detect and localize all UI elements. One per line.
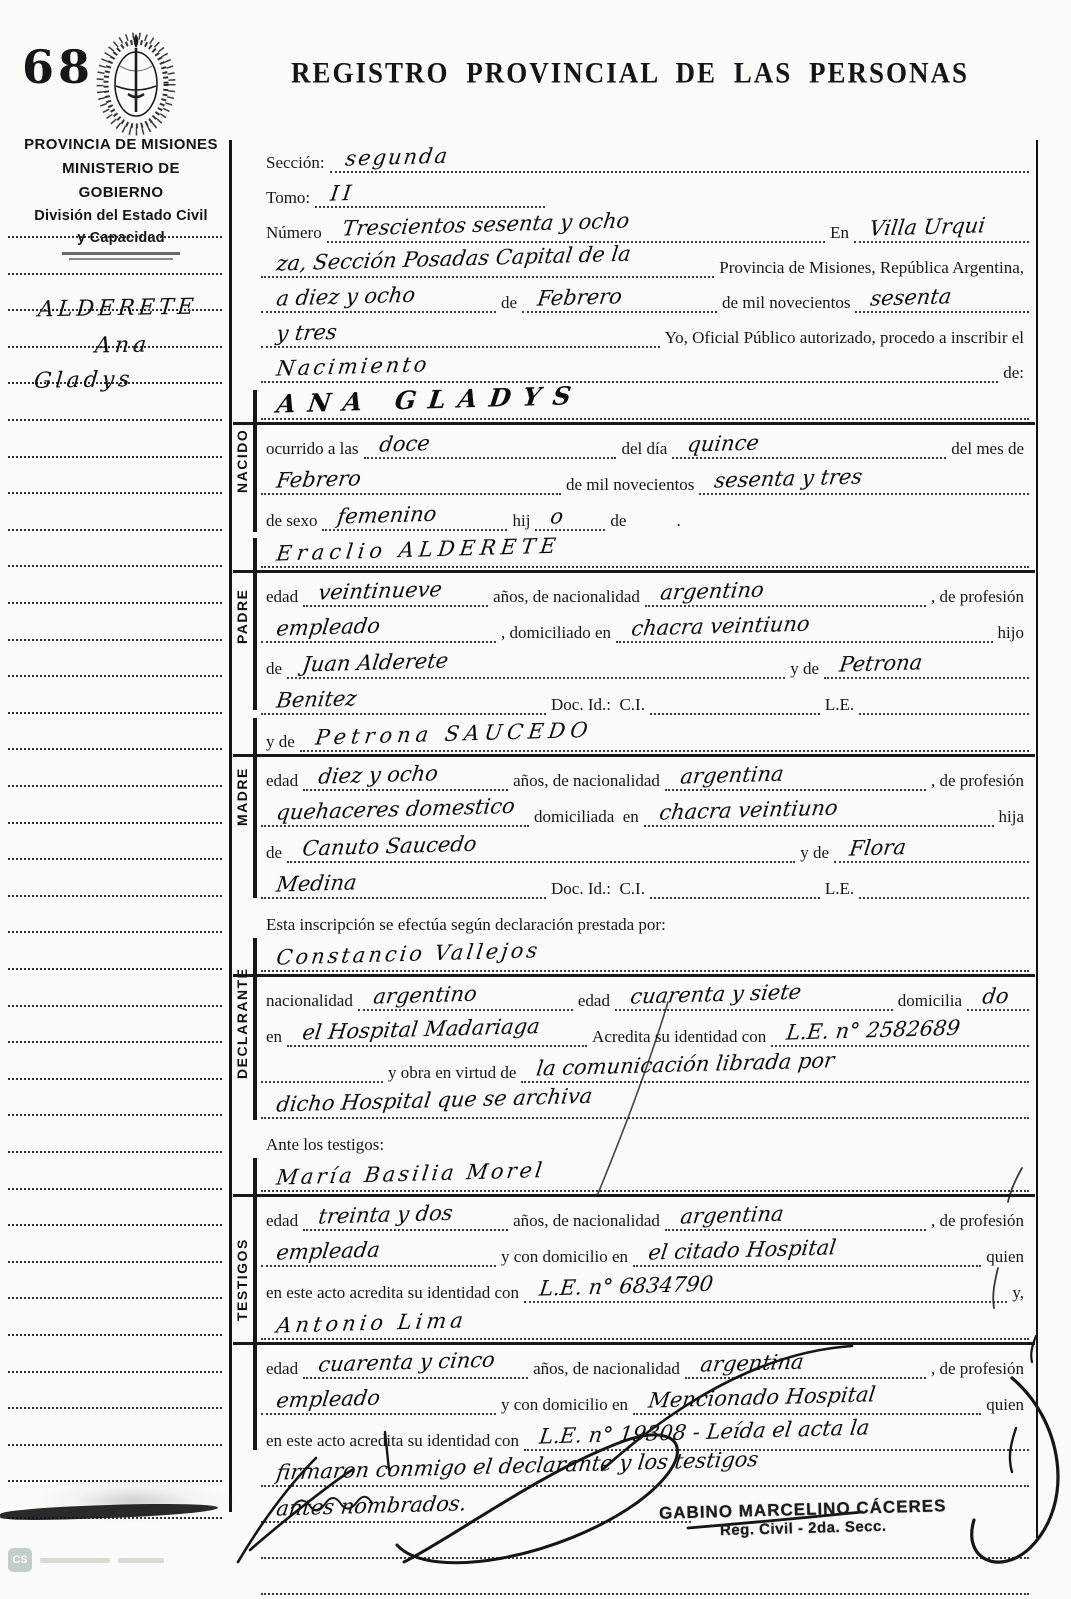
handwritten-field: el Hospital Madariaga bbox=[287, 1011, 587, 1047]
printed-label: edad bbox=[261, 772, 303, 791]
handwritten-value: Canuto Saucedo bbox=[287, 834, 488, 861]
handwritten-value: L.E. n° 2582689 bbox=[771, 1018, 971, 1045]
form-row: firmaron conmigo el declarante y los tes… bbox=[233, 1453, 1035, 1489]
argentina-coat-of-arms bbox=[90, 32, 182, 136]
printed-label: Provincia de Misiones, República Argenti… bbox=[714, 259, 1029, 278]
handwritten-field: za, Sección Posadas Capital de la bbox=[261, 243, 714, 278]
form-row: y tresYo, Oficial Público autorizado, pr… bbox=[233, 315, 1035, 350]
handwritten-field: Eraclio ALDERETE bbox=[261, 531, 1029, 568]
handwritten-field: cuarenta y cinco bbox=[303, 1343, 528, 1379]
form-row: deCanuto Saucedoy deFlora bbox=[233, 829, 1035, 865]
printed-label: de mil novecientos bbox=[561, 476, 699, 495]
spacer bbox=[631, 497, 671, 531]
margin-ruled-line bbox=[8, 419, 222, 421]
section-bar-padre bbox=[253, 538, 257, 710]
margin-ruled-line bbox=[8, 1005, 222, 1007]
margin-ruled-line bbox=[8, 1041, 222, 1043]
handwritten-value: o bbox=[535, 507, 574, 529]
dotted-line bbox=[859, 679, 1029, 715]
watermark-text-illegible bbox=[40, 1558, 110, 1563]
handwritten-field: el citado Hospital bbox=[633, 1231, 981, 1267]
printed-label: años, de nacionalidad bbox=[508, 772, 665, 791]
handwritten-field: Febrero bbox=[522, 278, 717, 313]
margin-ruled-line bbox=[8, 1261, 222, 1263]
spacer bbox=[389, 1121, 1029, 1155]
handwritten-field: argentina bbox=[685, 1343, 926, 1379]
handwritten-value: Nacimiento bbox=[261, 355, 441, 381]
margin-first-name: Ana bbox=[94, 332, 151, 358]
handwritten-value: antes nombrados. bbox=[261, 1494, 478, 1521]
printed-label: quien bbox=[981, 1396, 1029, 1415]
handwritten-field: María Basilia Morel bbox=[261, 1155, 1029, 1192]
handwritten-value: Villa Urqui bbox=[854, 216, 996, 241]
handwritten-value: Petrona bbox=[824, 653, 933, 677]
handwritten-value: Constancio Vallejos bbox=[261, 941, 551, 970]
handwritten-field: L.E. n° 2582689 bbox=[771, 1011, 1029, 1047]
handwritten-value: diez y ocho bbox=[303, 764, 449, 789]
handwritten-value: cuarenta y cinco bbox=[303, 1350, 506, 1377]
form-row: NúmeroTrescientos sesenta y ochoEnVilla … bbox=[233, 210, 1035, 245]
printed-label: Número bbox=[261, 224, 327, 243]
form-row: en este acto acredita su identidad conL.… bbox=[233, 1417, 1035, 1453]
form-row: empleadoy con domicilio enMencionado Hos… bbox=[233, 1381, 1035, 1417]
margin-ruled-line bbox=[8, 492, 222, 494]
printed-label: Esta inscripción se efectúa según declar… bbox=[261, 916, 671, 935]
printed-label: edad bbox=[261, 588, 303, 607]
printed-label: Doc. Id.: C.I. bbox=[546, 696, 650, 715]
handwritten-field: Benitez bbox=[261, 679, 546, 715]
section-bar-testigos bbox=[253, 1158, 257, 1450]
form-row: Sección:segunda bbox=[233, 140, 1035, 175]
handwritten-value: ANA GLADYS bbox=[261, 384, 594, 418]
handwritten-value: Mencionado Hospital bbox=[633, 1385, 887, 1413]
form-row: Eraclio ALDERETE bbox=[233, 533, 1035, 573]
printed-label: quien bbox=[981, 1248, 1029, 1267]
handwritten-value: chacra veintiuno bbox=[644, 798, 849, 825]
handwritten-field: argentino bbox=[645, 571, 926, 607]
handwritten-value: L.E. n° 6834790 bbox=[524, 1274, 724, 1301]
page-number: 68 bbox=[22, 40, 94, 94]
handwritten-value: Febrero bbox=[522, 287, 633, 311]
margin-second-name: Gladys bbox=[33, 367, 135, 394]
form-row: de sexofemeninohijode. bbox=[233, 497, 1035, 533]
margin-ruled-line bbox=[8, 785, 222, 787]
section-bar-madre bbox=[253, 718, 257, 898]
form-row: ocurrido a lasdocedel díaquincedel mes d… bbox=[233, 425, 1035, 461]
handwritten-field: argentino bbox=[358, 975, 573, 1011]
margin-ruled-line bbox=[8, 1151, 222, 1153]
handwritten-field: doce bbox=[364, 423, 617, 459]
printed-label: En bbox=[825, 224, 854, 243]
handwritten-value: a diez y ocho bbox=[261, 285, 426, 311]
handwritten-field: empleado bbox=[261, 1379, 496, 1415]
form-row bbox=[233, 1561, 1035, 1597]
handwritten-field: Petrona bbox=[824, 643, 1029, 679]
form-row: BenitezDoc. Id.: C.I.L.E. bbox=[233, 681, 1035, 717]
margin-ruled-line bbox=[8, 1444, 222, 1446]
printed-label: hija bbox=[994, 808, 1030, 827]
form-row: edadveintinueveaños, de nacionalidadarge… bbox=[233, 573, 1035, 609]
handwritten-value: sesenta y tres bbox=[699, 467, 873, 493]
margin-ruled-line bbox=[8, 456, 222, 458]
form-row: edadtreinta y dosaños, de nacionalidadar… bbox=[233, 1197, 1035, 1233]
printed-label: de sexo bbox=[261, 512, 322, 531]
printed-label: Doc. Id.: C.I. bbox=[546, 880, 650, 899]
handwritten-value: argentino bbox=[645, 580, 775, 605]
form-row: en este acto acredita su identidad conL.… bbox=[233, 1269, 1035, 1305]
printed-label: . bbox=[671, 512, 685, 531]
fine-print-line bbox=[62, 252, 180, 255]
printed-label: edad bbox=[261, 1212, 303, 1231]
handwritten-value: el citado Hospital bbox=[633, 1238, 847, 1265]
handwritten-field: L.E. n° 6834790 bbox=[524, 1267, 1007, 1303]
margin-ruled-line bbox=[8, 602, 222, 604]
printed-label: de mil novecientos bbox=[717, 294, 855, 313]
form-row: Nacimientode: bbox=[233, 350, 1035, 385]
dotted-line bbox=[261, 1559, 1029, 1595]
margin-ruled-line bbox=[8, 1188, 222, 1190]
handwritten-field: quehaceres domestico bbox=[261, 791, 529, 827]
form-row: quehaceres domesticodomiciliada enchacra… bbox=[233, 793, 1035, 829]
form-row: enel Hospital MadariagaAcredita su ident… bbox=[233, 1013, 1035, 1049]
handwritten-field: ANA GLADYS bbox=[261, 383, 1029, 420]
margin-ruled-line bbox=[8, 1297, 222, 1299]
form-row: empleaday con domicilio enel citado Hosp… bbox=[233, 1233, 1035, 1269]
printed-label: , de profesión bbox=[926, 1212, 1029, 1231]
printed-label: en bbox=[261, 1028, 287, 1047]
handwritten-field: Juan Alderete bbox=[287, 643, 785, 679]
spacer bbox=[545, 175, 1029, 208]
handwritten-field: diez y ocho bbox=[303, 755, 508, 791]
handwritten-field: Antonio Lima bbox=[261, 1303, 1029, 1340]
printed-label: , domiciliado en bbox=[496, 624, 616, 643]
scanner-watermark-badge: CS bbox=[8, 1548, 32, 1572]
handwritten-value: za, Sección Posadas Capital de la bbox=[261, 244, 642, 276]
handwritten-value: Benitez bbox=[261, 689, 368, 713]
handwritten-field: dicho Hospital que se archiva bbox=[261, 1083, 1029, 1119]
handwritten-field: o bbox=[535, 495, 605, 531]
form-row: Antonio Lima bbox=[233, 1305, 1035, 1345]
handwritten-field: do bbox=[967, 975, 1029, 1011]
section-label-testigos: TESTIGOS bbox=[231, 1190, 253, 1370]
handwritten-field: Febrero bbox=[261, 459, 561, 495]
printed-label: años, de nacionalidad bbox=[508, 1212, 665, 1231]
form-row: y dePetrona SAUCEDO bbox=[233, 717, 1035, 757]
dotted-line bbox=[650, 679, 820, 715]
handwritten-field: chacra veintiuno bbox=[616, 607, 993, 643]
handwritten-field: quince bbox=[672, 423, 946, 459]
handwritten-field: Medina bbox=[261, 863, 546, 899]
handwritten-value: Medina bbox=[261, 873, 368, 897]
handwritten-value: empleado bbox=[261, 616, 391, 641]
ministry-line-3: División del Estado Civil bbox=[18, 205, 224, 227]
margin-ruled-line bbox=[8, 529, 222, 531]
printed-label: edad bbox=[573, 992, 615, 1011]
printed-label: de: bbox=[998, 364, 1029, 383]
printed-label: de bbox=[605, 512, 631, 531]
form-row: edadcuarenta y cincoaños, de nacionalida… bbox=[233, 1345, 1035, 1381]
handwritten-field: firmaron conmigo el declarante y los tes… bbox=[261, 1451, 1029, 1487]
handwritten-field: cuarenta y siete bbox=[615, 975, 893, 1011]
form-row: edaddiez y ochoaños, de nacionalidadarge… bbox=[233, 757, 1035, 793]
printed-label: , de profesión bbox=[926, 1360, 1029, 1379]
margin-ruled-line bbox=[8, 1334, 222, 1336]
section-label-declarante: DECLARANTE bbox=[231, 938, 253, 1108]
printed-label: Ante los testigos: bbox=[261, 1136, 389, 1155]
form-row: Constancio Vallejos bbox=[233, 937, 1035, 977]
printed-label: y de bbox=[785, 660, 824, 679]
printed-label: del mes de bbox=[946, 440, 1029, 459]
margin-ruled-line bbox=[8, 895, 222, 897]
form-row: dicho Hospital que se archiva bbox=[233, 1085, 1035, 1121]
printed-label: domicilia bbox=[893, 992, 967, 1011]
printed-label: y de bbox=[795, 844, 834, 863]
document-title: REGISTRO PROVINCIAL DE LAS PERSONAS bbox=[250, 57, 1010, 90]
form-row: Esta inscripción se efectúa según declar… bbox=[233, 901, 1035, 937]
handwritten-value: doce bbox=[364, 434, 441, 457]
handwritten-field: sesenta y tres bbox=[699, 459, 1029, 495]
margin-ruled-line bbox=[8, 565, 222, 567]
printed-label: Tomo: bbox=[261, 189, 315, 208]
printed-label: de bbox=[261, 844, 287, 863]
handwritten-value: Trescientos sesenta y ocho bbox=[327, 211, 641, 241]
margin-ruled-line bbox=[8, 931, 222, 933]
handwritten-field: treinta y dos bbox=[303, 1195, 508, 1231]
fine-print-line bbox=[69, 258, 173, 260]
printed-label: en este acto acredita su identidad con bbox=[261, 1432, 524, 1451]
handwritten-value: firmaron conmigo el declarante y los tes… bbox=[261, 1450, 770, 1485]
dotted-line bbox=[859, 863, 1029, 899]
printed-label: años, de nacionalidad bbox=[528, 1360, 685, 1379]
margin-ruled-line bbox=[8, 712, 222, 714]
printed-label: L.E. bbox=[820, 880, 859, 899]
handwritten-value: y tres bbox=[261, 323, 348, 346]
handwritten-value: la comunicación librada por bbox=[521, 1051, 845, 1081]
handwritten-field: Villa Urqui bbox=[854, 208, 1029, 243]
ministry-line-4: y Capacidad bbox=[18, 227, 224, 249]
form-row: y obra en virtud dela comunicación libra… bbox=[233, 1049, 1035, 1085]
handwritten-field: Petrona SAUCEDO bbox=[300, 715, 1029, 752]
printed-label: edad bbox=[261, 1360, 303, 1379]
printed-label: nacionalidad bbox=[261, 992, 358, 1011]
handwritten-field: a diez y ocho bbox=[261, 278, 496, 313]
margin-ruled-line bbox=[8, 1371, 222, 1373]
handwritten-field: II bbox=[315, 173, 545, 208]
printed-label: ocurrido a las bbox=[261, 440, 364, 459]
printed-label: del día bbox=[616, 440, 672, 459]
scanner-watermark: CS bbox=[8, 1548, 164, 1572]
handwritten-value: II bbox=[315, 184, 366, 206]
form-right-border bbox=[1036, 140, 1038, 1538]
watermark-text-illegible bbox=[118, 1558, 164, 1563]
handwritten-value: cuarenta y siete bbox=[615, 983, 812, 1009]
printed-label: y con domicilio en bbox=[496, 1396, 633, 1415]
handwritten-value: chacra veintiuno bbox=[616, 614, 821, 641]
form-row: Ante los testigos: bbox=[233, 1121, 1035, 1157]
handwritten-value: empleado bbox=[261, 1388, 391, 1413]
printed-label: de bbox=[496, 294, 522, 313]
printed-label: de bbox=[261, 660, 287, 679]
margin-ruled-line bbox=[8, 858, 222, 860]
form-row: nacionalidadargentinoedadcuarenta y siet… bbox=[233, 977, 1035, 1013]
handwritten-value: el Hospital Madariaga bbox=[287, 1017, 551, 1045]
handwritten-value: veintinueve bbox=[303, 580, 453, 605]
handwritten-value: Petrona SAUCEDO bbox=[300, 721, 604, 750]
handwritten-value: María Basilia Morel bbox=[261, 1161, 556, 1190]
handwritten-value: argentina bbox=[665, 1204, 795, 1229]
margin-ruled-line bbox=[8, 1114, 222, 1116]
handwritten-field: la comunicación librada por bbox=[521, 1047, 1029, 1083]
printed-label: hij bbox=[507, 512, 535, 531]
printed-label: domiciliada en bbox=[529, 808, 644, 827]
printed-label: Sección: bbox=[261, 154, 330, 173]
form-row: ANA GLADYS bbox=[233, 385, 1035, 425]
printed-label: y obra en virtud de bbox=[383, 1064, 521, 1083]
printed-label: L.E. bbox=[820, 696, 859, 715]
handwritten-value: argentino bbox=[358, 984, 488, 1009]
handwritten-field: chacra veintiuno bbox=[644, 791, 994, 827]
section-label-nacido: NACIDO bbox=[231, 398, 253, 524]
margin-ruled-line bbox=[8, 968, 222, 970]
handwritten-field: Nacimiento bbox=[261, 348, 998, 383]
handwritten-field: argentina bbox=[665, 755, 926, 791]
ministry-line-1: PROVINCIA DE MISIONES bbox=[18, 133, 224, 157]
margin-ruled-line bbox=[8, 1078, 222, 1080]
form-rows: Sección:segundaTomo:IINúmeroTrescientos … bbox=[233, 140, 1035, 1597]
margin-ruled-line bbox=[8, 822, 222, 824]
handwritten-value: dicho Hospital que se archiva bbox=[261, 1086, 604, 1117]
handwritten-field: femenino bbox=[322, 495, 507, 531]
margin-ruled-line bbox=[8, 236, 222, 238]
printed-label: Acredita su identidad con bbox=[587, 1028, 771, 1047]
handwritten-field: veintinueve bbox=[303, 571, 488, 607]
handwritten-field: empleado bbox=[261, 607, 496, 643]
handwritten-value: quince bbox=[672, 433, 770, 457]
handwritten-field: sesenta bbox=[855, 278, 1029, 313]
printed-label: años, de nacionalidad bbox=[488, 588, 645, 607]
printed-label: hijo bbox=[993, 624, 1029, 643]
handwritten-value: treinta y dos bbox=[303, 1204, 464, 1229]
handwritten-field: segunda bbox=[330, 138, 1029, 173]
section-label-padre: PADRE bbox=[231, 556, 253, 676]
handwritten-value: argentina bbox=[665, 764, 795, 789]
handwritten-value: do bbox=[967, 987, 1020, 1009]
margin-ruled-line bbox=[8, 273, 222, 275]
handwritten-field: Mencionado Hospital bbox=[633, 1379, 981, 1415]
handwritten-value: argentina bbox=[685, 1352, 815, 1377]
form-row: Tomo:II bbox=[233, 175, 1035, 210]
printed-label: y con domicilio en bbox=[496, 1248, 633, 1267]
margin-ruled-line bbox=[8, 675, 222, 677]
form-row: empleado, domiciliado enchacra veintiuno… bbox=[233, 609, 1035, 645]
form-row: María Basilia Morel bbox=[233, 1157, 1035, 1197]
handwritten-field: empleada bbox=[261, 1231, 496, 1267]
section-bar-nacido bbox=[253, 390, 257, 532]
printed-label: , de profesión bbox=[926, 588, 1029, 607]
margin-ruled-line bbox=[8, 1224, 222, 1226]
form-row: a diez y ochodeFebrerode mil novecientos… bbox=[233, 280, 1035, 315]
ministry-block: PROVINCIA DE MISIONES MINISTERIO DE GOBI… bbox=[18, 133, 224, 260]
handwritten-value: Febrero bbox=[261, 469, 372, 493]
handwritten-field: Trescientos sesenta y ocho bbox=[327, 208, 825, 243]
printed-label: y, bbox=[1007, 1284, 1029, 1303]
handwritten-value: Eraclio ALDERETE bbox=[261, 536, 572, 566]
handwritten-value: quehaceres domestico bbox=[261, 797, 526, 825]
handwritten-field: Flora bbox=[834, 827, 1029, 863]
handwritten-value: Juan Alderete bbox=[287, 651, 459, 677]
handwritten-value: sesenta bbox=[855, 287, 963, 311]
margin-surname: ALDERETE bbox=[37, 295, 199, 323]
handwritten-value: L.E. n° 19308 - Leída el acta la bbox=[524, 1418, 881, 1449]
dotted-line bbox=[650, 863, 820, 899]
handwritten-value: Antonio Lima bbox=[261, 1311, 478, 1338]
section-label-madre: MADRE bbox=[231, 732, 253, 862]
form-row: MedinaDoc. Id.: C.I.L.E. bbox=[233, 865, 1035, 901]
handwritten-value: empleada bbox=[261, 1240, 391, 1265]
printed-label: Yo, Oficial Público autorizado, procedo … bbox=[660, 329, 1029, 348]
printed-label: y de bbox=[261, 733, 300, 752]
margin-ruled-line bbox=[8, 748, 222, 750]
form-row: Febrerode mil novecientossesenta y tres bbox=[233, 461, 1035, 497]
form-row: deJuan Alderetey dePetrona bbox=[233, 645, 1035, 681]
handwritten-field: Constancio Vallejos bbox=[261, 935, 1029, 972]
margin-ruled-line bbox=[8, 639, 222, 641]
section-bar-declarante bbox=[253, 938, 257, 1120]
handwritten-field: L.E. n° 19308 - Leída el acta la bbox=[524, 1415, 1029, 1451]
spacer bbox=[686, 497, 1029, 531]
printed-label: en este acto acredita su identidad con bbox=[261, 1284, 524, 1303]
spacer bbox=[671, 901, 1029, 935]
form-row: za, Sección Posadas Capital de laProvinc… bbox=[233, 245, 1035, 280]
scanned-birth-certificate: { "header": { "page_number": "68", "titl… bbox=[0, 0, 1071, 1599]
handwritten-value: Flora bbox=[834, 838, 917, 861]
handwritten-field: y tres bbox=[261, 313, 660, 348]
dotted-line bbox=[261, 1047, 383, 1083]
margin-ruled-line bbox=[8, 1407, 222, 1409]
handwritten-value: segunda bbox=[330, 146, 460, 171]
ministry-line-2: MINISTERIO DE GOBIERNO bbox=[18, 157, 224, 205]
handwritten-field: argentina bbox=[665, 1195, 926, 1231]
printed-label: , de profesión bbox=[926, 772, 1029, 791]
handwritten-field: Canuto Saucedo bbox=[287, 827, 795, 863]
handwritten-value: femenino bbox=[322, 505, 448, 529]
